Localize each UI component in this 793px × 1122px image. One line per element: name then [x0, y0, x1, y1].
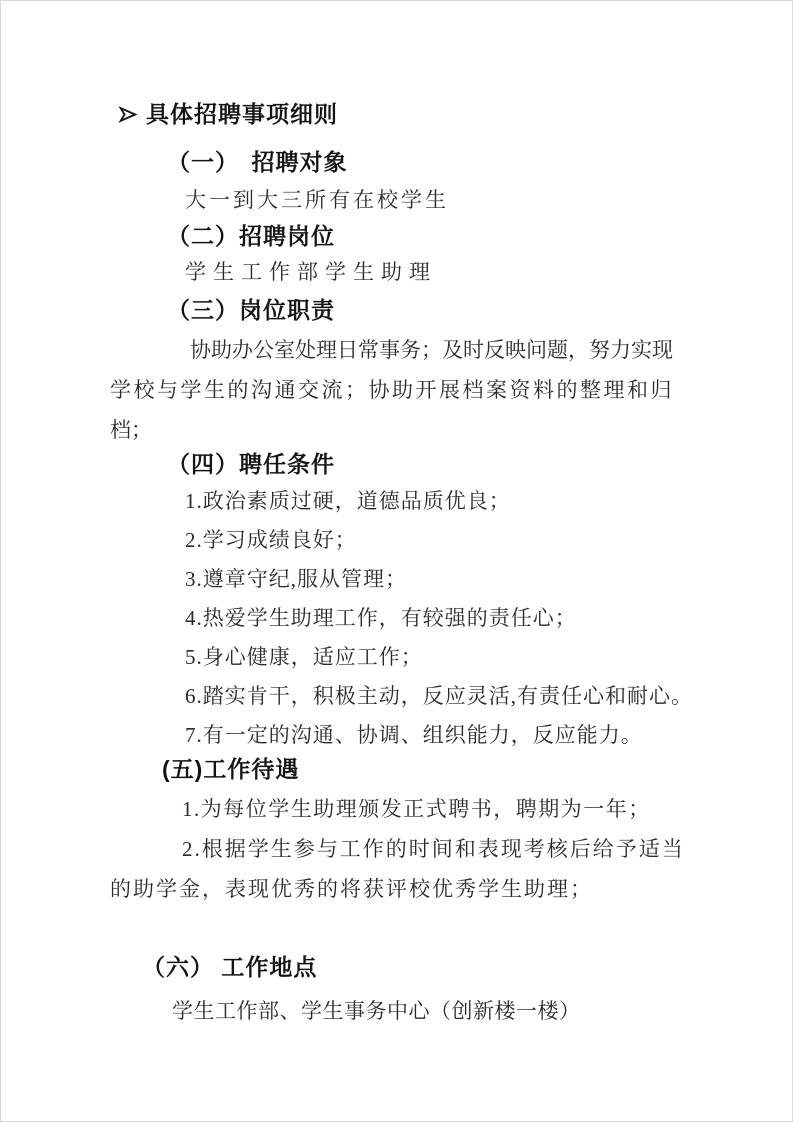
section-3-paragraph-line: 档；: [110, 410, 678, 450]
list-item: 2.学习成绩良好；: [185, 521, 678, 560]
list-item: 1.为每位学生助理颁发正式聘书，聘期为一年；: [182, 789, 678, 829]
list-item-line: 的助学金，表现优秀的将获评校优秀学生助理；: [110, 869, 678, 909]
list-item: 6.踏实肯干，积极主动，反应灵活,有责任心和耐心。: [185, 677, 678, 716]
section-title-3: （三）岗位职责: [167, 296, 678, 324]
document-page: 具体招聘事项细则 （一） 招聘对象 大一到大三所有在校学生 （二）招聘岗位 学生…: [0, 0, 793, 1122]
list-item-line: 2.根据学生参与工作的时间和表现考核后给予适当: [110, 829, 678, 869]
main-heading: 具体招聘事项细则: [118, 100, 678, 128]
section-title-1: （一） 招聘对象: [167, 148, 678, 176]
main-heading-text: 具体招聘事项细则: [146, 100, 338, 128]
arrowhead-right-icon: [118, 106, 137, 123]
section-title-6: （六） 工作地点: [142, 953, 678, 981]
list-item: 1.政治素质过硬，道德品质优良；: [185, 482, 678, 521]
conditions-list: 1.政治素质过硬，道德品质优良； 2.学习成绩良好； 3.遵章守纪,服从管理； …: [110, 482, 678, 755]
section-2-body: 学生工作部学生助理: [185, 258, 678, 286]
section-1-body: 大一到大三所有在校学生: [185, 186, 678, 214]
section-title-2: （二）招聘岗位: [167, 222, 678, 250]
list-item: 3.遵章守纪,服从管理；: [185, 560, 678, 599]
section-title-4: （四）聘任条件: [167, 450, 678, 478]
list-item: 5.身心健康，适应工作；: [185, 638, 678, 677]
list-item: 4.热爱学生助理工作，有较强的责任心；: [185, 599, 678, 638]
list-item: 7.有一定的沟通、协调、组织能力，反应能力。: [185, 716, 678, 755]
section-title-5: (五)工作待遇: [162, 755, 678, 783]
section-3-paragraph-line: 学校与学生的沟通交流；协助开展档案资料的整理和归: [110, 370, 678, 410]
section-6-body: 学生工作部、学生事务中心（创新楼一楼）: [172, 997, 678, 1025]
section-3-paragraph-line: 协助办公室处理日常事务；及时反映问题，努力实现: [110, 330, 678, 370]
